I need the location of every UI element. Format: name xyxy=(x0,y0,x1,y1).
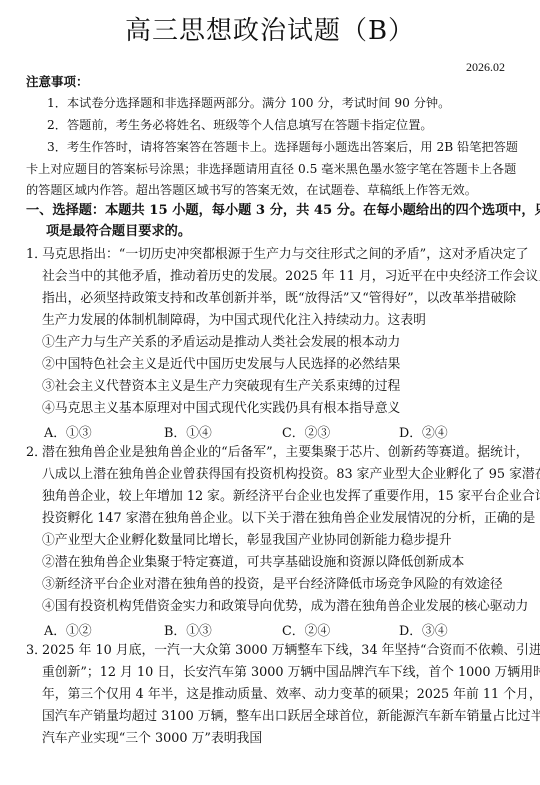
question-stem: 潜在独角兽企业是独角兽企业的“后备军”，主要集聚于芯片、创新药等赛道。据统计， xyxy=(42,444,529,462)
statement: ①生产力与生产关系的矛盾运动是推动人类社会发展的根本动力 xyxy=(42,334,400,352)
choice-a: A．①② xyxy=(44,620,92,639)
statement: ②潜在独角兽企业集聚于特定赛道，可共享基础设施和资源以降低创新成本 xyxy=(42,554,464,572)
question-stem: 指出，必须坚持政策支持和改革创新并举，既“放得活”又“管得好”，以改革举措破除 xyxy=(42,290,516,308)
statement: ①产业型大企业孵化数量同比增长，彰显我国产业协同创新能力稳步提升 xyxy=(42,532,452,550)
statement: ③社会主义代替资本主义是生产力突破现有生产关系束缚的过程 xyxy=(42,378,400,396)
question-stem: 汽车产业实现“三个 3000 万”表明我国 xyxy=(42,730,262,748)
note-line: 的答题区域内作答。超出答题区域书写的答案无效，在试题卷、草稿纸上作答无效。 xyxy=(26,181,477,199)
note-line: 2．答题前，考生务必将姓名、班级等个人信息填写在答题卡指定位置。 xyxy=(47,116,433,134)
question-stem: 投资孵化 147 家潜在独角兽企业。以下关于潜在独角兽企业发展情况的分析，正确的… xyxy=(42,510,535,528)
note-line: 1．本试卷分选择题和非选择题两部分。满分 100 分，考试时间 90 分钟。 xyxy=(47,94,450,112)
note-line: 卡上对应题目的答案标号涂黑；非选择题请用直径 0.5 毫米黑色墨水签字笔在答题卡… xyxy=(26,160,516,178)
choice-b: B．①④ xyxy=(164,422,212,441)
question-stem: 独角兽企业，较上年增加 12 家。新经济平台企业也发挥了重要作用，15 家平台企… xyxy=(42,488,540,506)
statement: ④国有投资机构凭借资金实力和政策导向优势，成为潜在独角兽企业发展的核心驱动力 xyxy=(42,598,528,616)
choice-d: D．③④ xyxy=(399,620,448,639)
page-title: 高三思想政治试题（B） xyxy=(0,10,540,47)
choice-b: B．①③ xyxy=(164,620,212,639)
note-line: 3．考生作答时，请将答案答在答题卡上。选择题每小题选出答案后，用 2B 铅笔把答… xyxy=(47,138,518,156)
statement: ③新经济平台企业对潜在独角兽的投资，是平台经济降低市场竞争风险的有效途径 xyxy=(42,576,503,594)
statement: ④马克思主义基本原理对中国式现代化实践仍具有根本指导意义 xyxy=(42,400,400,418)
section-heading: 一、选择题：本题共 15 小题，每小题 3 分，共 45 分。在每小题给出的四个… xyxy=(26,202,540,220)
section-heading-cont: 项是最符合题目要求的。 xyxy=(46,223,191,241)
choice-a: A．①③ xyxy=(44,422,92,441)
question-stem: 国汽车产销量均超过 3100 万辆，整车出口跃居全球首位，新能源汽车新车销量占比… xyxy=(42,708,540,726)
choice-c: C．②④ xyxy=(282,620,330,639)
notes-heading: 注意事项： xyxy=(26,73,89,91)
choice-c: C．②③ xyxy=(282,422,330,441)
choice-d: D．②④ xyxy=(399,422,448,441)
question-stem: 社会当中的其他矛盾，推动着历史的发展。2025 年 11 月，习近平在中央经济工… xyxy=(42,268,540,286)
question-stem: 生产力发展的体制机制障碍，为中国式现代化注入持续动力。这表明 xyxy=(42,312,426,330)
question-stem: 八成以上潜在独角兽企业曾获得国有投资机构投资。83 家产业型大企业孵化了 95 … xyxy=(42,466,540,484)
question-stem: 马克思指出：“一切历史冲突都根源于生产力与交往形式之间的矛盾”，这对矛盾决定了 xyxy=(42,246,529,264)
exam-date: 2026.02 xyxy=(466,60,505,75)
question-stem: 重创新”；12 月 10 日，长安汽车第 3000 万辆中国品牌汽车下线，首个 … xyxy=(42,664,540,682)
question-stem: 年，第三个仅用 4 年半，这是推动质量、效率、动力变革的硕果；2025 年前 1… xyxy=(42,686,540,704)
statement: ②中国特色社会主义是近代中国历史发展与人民选择的必然结果 xyxy=(42,356,400,374)
question-stem: 2025 年 10 月底，一汽一大众第 3000 万辆整车下线，34 年坚持“合… xyxy=(42,642,540,660)
